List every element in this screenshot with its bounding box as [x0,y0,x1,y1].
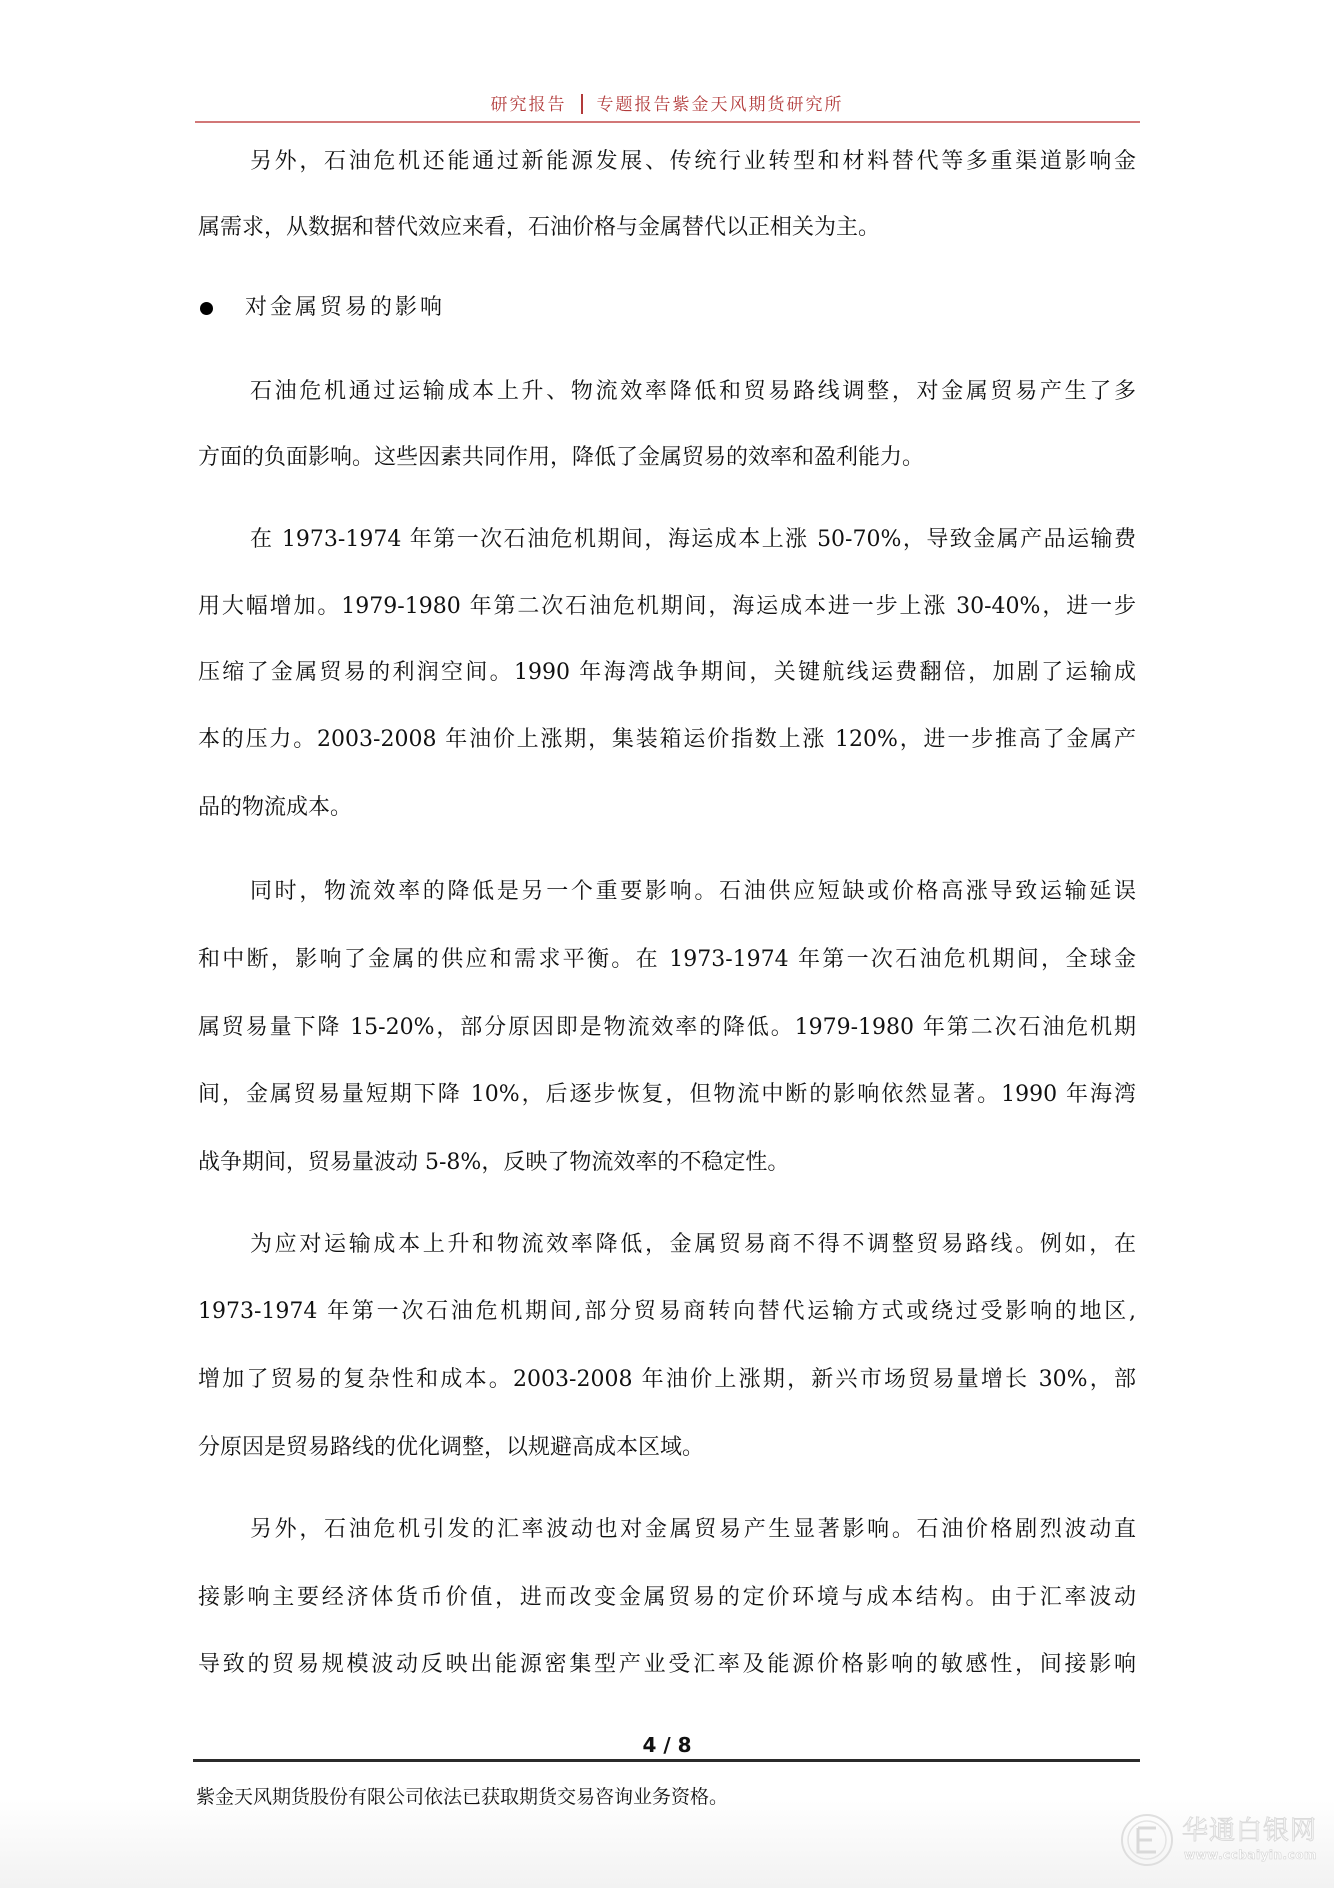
paragraph-line: 和中断，影响了金属的供应和需求平衡。在 1973-1974 年第一次石油危机期间… [198,945,1136,975]
paragraph-line: 增加了贸易的复杂性和成本。2003-2008 年油价上涨期，新兴市场贸易量增长 … [198,1365,1136,1395]
watermark-name: 华通白银网 [1182,1816,1317,1846]
paragraph-line: 石油危机通过运输成本上升、物流效率降低和贸易路线调整，对金属贸易产生了多 [250,377,1136,407]
paragraph-line: 方面的负面影响。这些因素共同作用，降低了金属贸易的效率和盈利能力。 [198,443,1136,473]
paragraph-line: 战争期间，贸易量波动 5-8%，反映了物流效率的不稳定性。 [198,1148,1136,1178]
paragraph-line: 间，金属贸易量短期下降 10%，后逐步恢复，但物流中断的影响依然显著。1990 … [198,1080,1136,1110]
footer-divider [193,1759,1140,1762]
paragraph-line: 分原因是贸易路线的优化调整，以规避高成本区域。 [198,1433,1136,1463]
paragraph-line: 导致的贸易规模波动反映出能源密集型产业受汇率及能源价格影响的敏感性，间接影响 [198,1650,1136,1680]
footer-disclaimer: 紫金天风期货股份有限公司依法已获取期货交易咨询业务资格。 [196,1785,728,1809]
paragraph-line: 品的物流成本。 [198,793,1136,823]
paragraph-line: 1973-1974 年第一次石油危机期间,部分贸易商转向替代运输方式或绕过受影响… [198,1297,1136,1327]
paragraph-line: 为应对运输成本上升和物流效率降低，金属贸易商不得不调整贸易路线。例如，在 [250,1230,1136,1260]
header-report-type: 研究报告 [491,95,567,115]
bullet-icon [200,302,213,315]
header-separator [581,94,583,114]
watermark-logo-icon [1120,1812,1174,1868]
header-divider [195,121,1140,123]
watermark: 华通白银网 www.ccbaiyin.com [1118,1810,1328,1874]
paragraph-line: 属贸易量下降 15-20%，部分原因即是物流效率的降低。1979-1980 年第… [198,1013,1136,1043]
paragraph-line: 接影响主要经济体货币价值，进而改变金属贸易的定价环境与成本结构。由于汇率波动 [198,1583,1136,1613]
paragraph-line: 本的压力。2003-2008 年油价上涨期，集装箱运价指数上涨 120%，进一步… [198,725,1136,755]
paragraph-line: 另外，石油危机引发的汇率波动也对金属贸易产生显著影响。石油价格剧烈波动直 [250,1515,1136,1545]
paragraph-line: 另外，石油危机还能通过新能源发展、传统行业转型和材料替代等多重渠道影响金 [250,147,1136,177]
header-report-source: 专题报告紫金天风期货研究所 [597,95,844,115]
page-number: 4 / 8 [0,1733,1334,1757]
paragraph-line: 属需求，从数据和替代效应来看，石油价格与金属替代以正相关为主。 [198,213,1136,243]
paragraph-line: 在 1973-1974 年第一次石油危机期间，海运成本上涨 50-70%，导致金… [250,525,1136,555]
paragraph-line: 用大幅增加。1979-1980 年第二次石油危机期间，海运成本进一步上涨 30-… [198,592,1136,622]
header-title: 研究报告专题报告紫金天风期货研究所 [0,94,1334,116]
paragraph-line: 同时，物流效率的降低是另一个重要影响。石油供应短缺或价格高涨导致运输延误 [250,877,1136,907]
paragraph-line: 压缩了金属贸易的利润空间。1990 年海湾战争期间，关键航线运费翻倍，加剧了运输… [198,658,1136,688]
section-heading: 对金属贸易的影响 [245,293,445,323]
watermark-url: www.ccbaiyin.com [1184,1848,1317,1862]
